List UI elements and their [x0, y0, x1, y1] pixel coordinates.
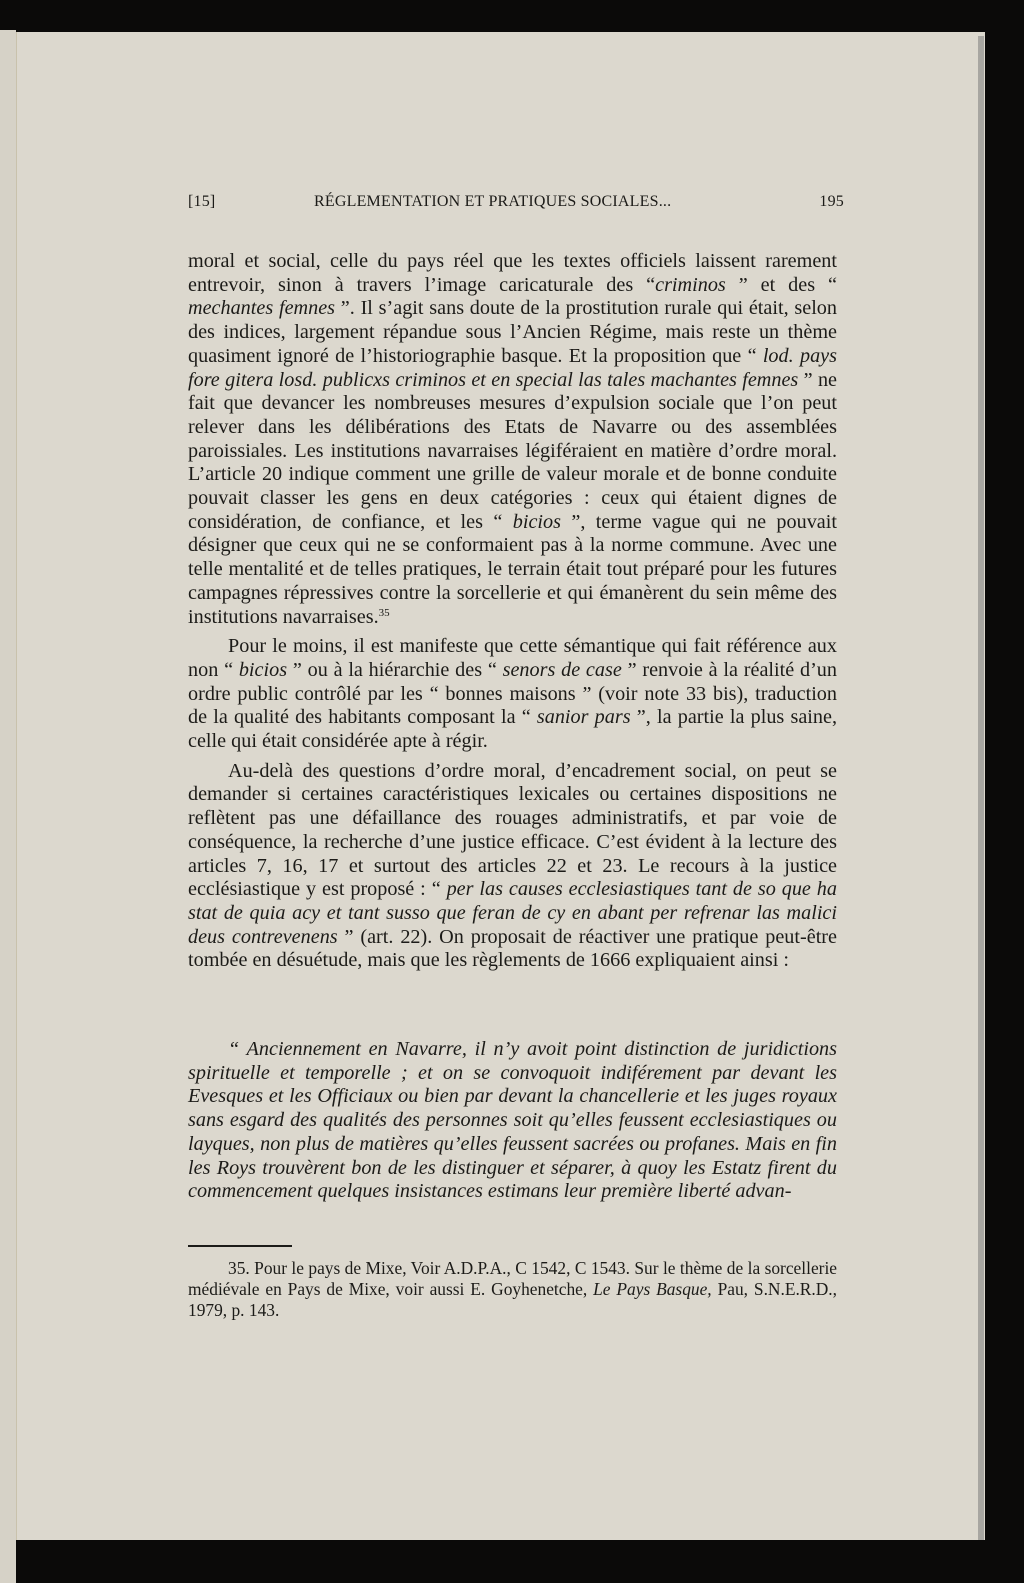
paragraph: moral et social, celle du pays réel que … [188, 250, 837, 629]
italic-text: bicios [239, 659, 287, 681]
paragraph: Pour le moins, il est manifeste que cett… [188, 635, 837, 754]
text-run: ” ou à la hiérarchie des “ [287, 659, 503, 681]
text-run: ” et des “ [726, 274, 837, 296]
footnote-35: 35. Pour le pays de Mixe, Voir A.D.P.A.,… [188, 1258, 837, 1321]
paragraph: Au-delà des questions d’ordre moral, d’e… [188, 760, 837, 973]
italic-text: senors de case [503, 659, 622, 681]
italic-text: mechantes femnes [188, 297, 335, 319]
italic-text: Le Pays Basque, [593, 1279, 712, 1299]
section-number: [15] [188, 193, 215, 211]
page-number: 195 [819, 193, 844, 211]
block-quote: “ Anciennement en Navarre, il n’y avoit … [188, 1038, 837, 1204]
italic-text: criminos [655, 274, 726, 296]
italic-text: sanior pars [537, 706, 631, 728]
page-edge-shadow [978, 36, 984, 1540]
footnote-ref: 35 [379, 607, 390, 619]
text-run: ” ne fait que devancer les nombreuses me… [188, 369, 837, 533]
body-text: moral et social, celle du pays réel que … [188, 250, 837, 973]
italic-text: bicios [513, 511, 561, 533]
running-header: [15] RÉGLEMENTATION ET PRATIQUES SOCIALE… [188, 193, 848, 215]
facing-page-edge [0, 30, 16, 1583]
footnote-rule [188, 1245, 292, 1247]
footnote-number: 35. [228, 1258, 250, 1278]
running-title: RÉGLEMENTATION ET PRATIQUES SOCIALES... [314, 193, 671, 211]
